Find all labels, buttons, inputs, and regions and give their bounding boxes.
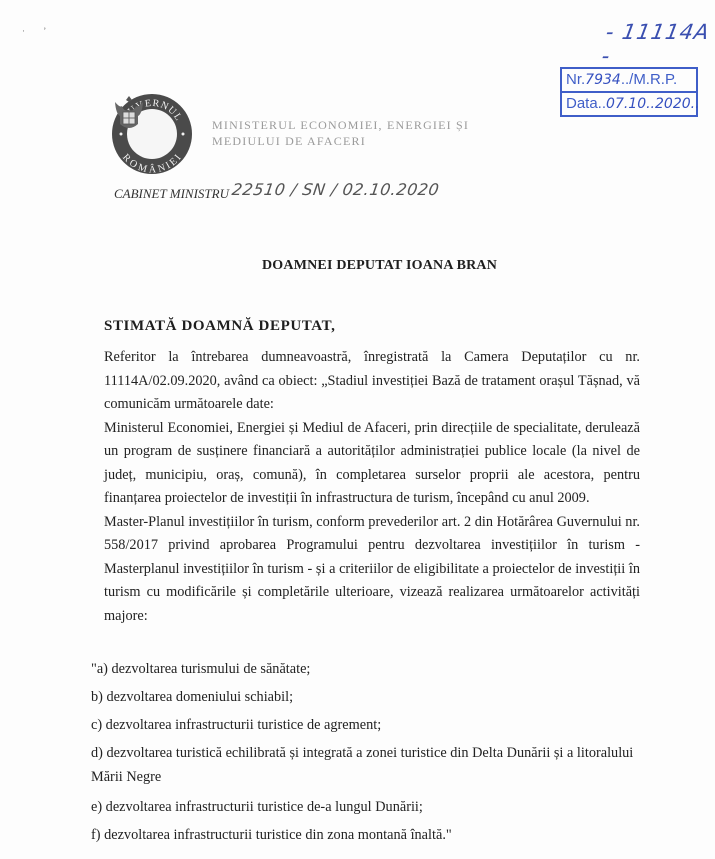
stamp-nr-label: Nr. — [566, 71, 585, 88]
list-item: b) dezvoltarea domeniului schiabil; — [91, 683, 651, 711]
letter-body: Referitor la întrebarea dumneavoastră, î… — [104, 346, 640, 628]
cabinet-label: CABINET MINISTRU — [114, 186, 229, 202]
svg-text:ROMÂNIEI: ROMÂNIEI — [120, 152, 184, 174]
cabinet-registration-handwritten: 22510 / SN / 02.10.2020 — [231, 180, 441, 199]
stamp-nr-value: 7934 — [585, 72, 621, 88]
list-item: f) dezvoltarea infrastructurii turistice… — [91, 821, 651, 849]
ministry-letterhead: Ministerul Economiei, Energiei și Mediul… — [212, 117, 469, 149]
paragraph-ministry-program: Ministerul Economiei, Energiei și Mediul… — [104, 417, 640, 511]
list-item: c) dezvoltarea infrastructurii turistice… — [91, 711, 651, 739]
ministry-line-2: Mediului de Afaceri — [212, 133, 469, 149]
registration-stamp: Nr.7934../M.R.P. Data..07.10..2020.. — [560, 67, 698, 117]
government-seal-icon: GUVERNUL ROMÂNIEI — [112, 94, 192, 174]
stamp-date-row: Data..07.10..2020.. — [562, 91, 696, 115]
list-item: e) dezvoltarea infrastructurii turistice… — [91, 793, 651, 821]
list-item: "a) dezvoltarea turismului de sănătate; — [91, 655, 651, 683]
stamp-date-label: Data.. — [566, 95, 606, 112]
salutation: STIMATĂ DOAMNĂ DEPUTAT, — [104, 318, 335, 335]
paragraph-reference: Referitor la întrebarea dumneavoastră, î… — [104, 346, 640, 417]
ministry-line-1: Ministerul Economiei, Energiei și — [212, 117, 469, 133]
handwritten-reference: - 11114A - — [600, 20, 715, 68]
stamp-date-value: 07.10..2020.. — [606, 96, 700, 112]
addressee-heading: DOAMNEI DEPUTAT IOANA BRAN — [262, 258, 497, 274]
activities-list: "a) dezvoltarea turismului de sănătate; … — [91, 655, 651, 849]
paragraph-master-plan: Master-Planul investițiilor în turism, c… — [104, 511, 640, 629]
stamp-nr-suffix: ../M.R.P. — [621, 71, 677, 88]
stamp-number-row: Nr.7934../M.R.P. — [562, 69, 696, 91]
scan-specks: · ’ — [22, 26, 54, 36]
list-item: d) dezvoltarea turistică echilibrată și … — [91, 741, 651, 789]
